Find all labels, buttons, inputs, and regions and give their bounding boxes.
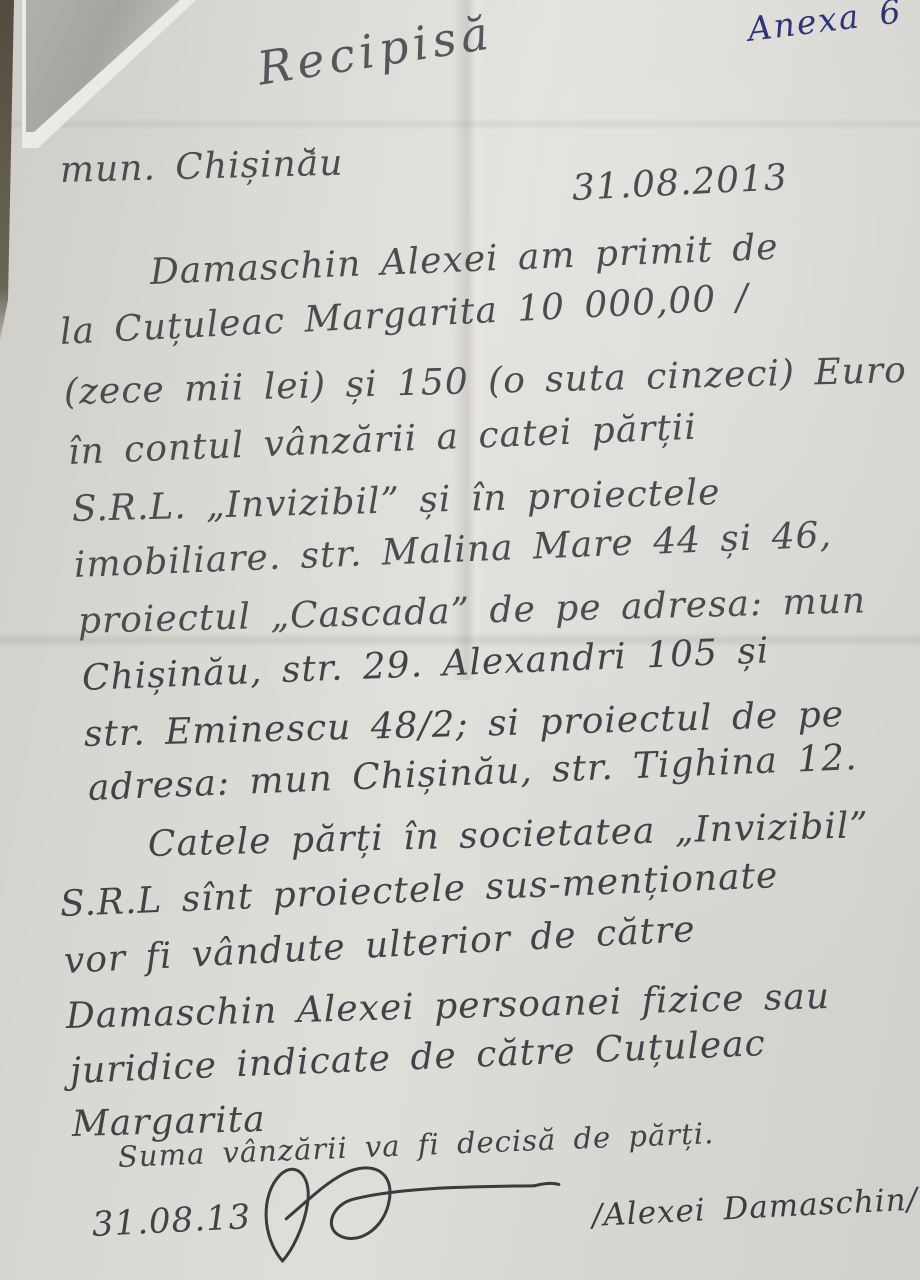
signature-monogram-icon	[247, 1141, 583, 1278]
upper-fold-crease	[0, 118, 920, 130]
place-line: mun. Chișinău	[59, 143, 343, 191]
vertical-fold-crease	[452, 0, 486, 680]
closing-date: 31.08.13	[91, 1197, 252, 1245]
photographed-receipt: Anexa 6 Recipisă mun. Chișinău 31.08.201…	[0, 0, 920, 1280]
